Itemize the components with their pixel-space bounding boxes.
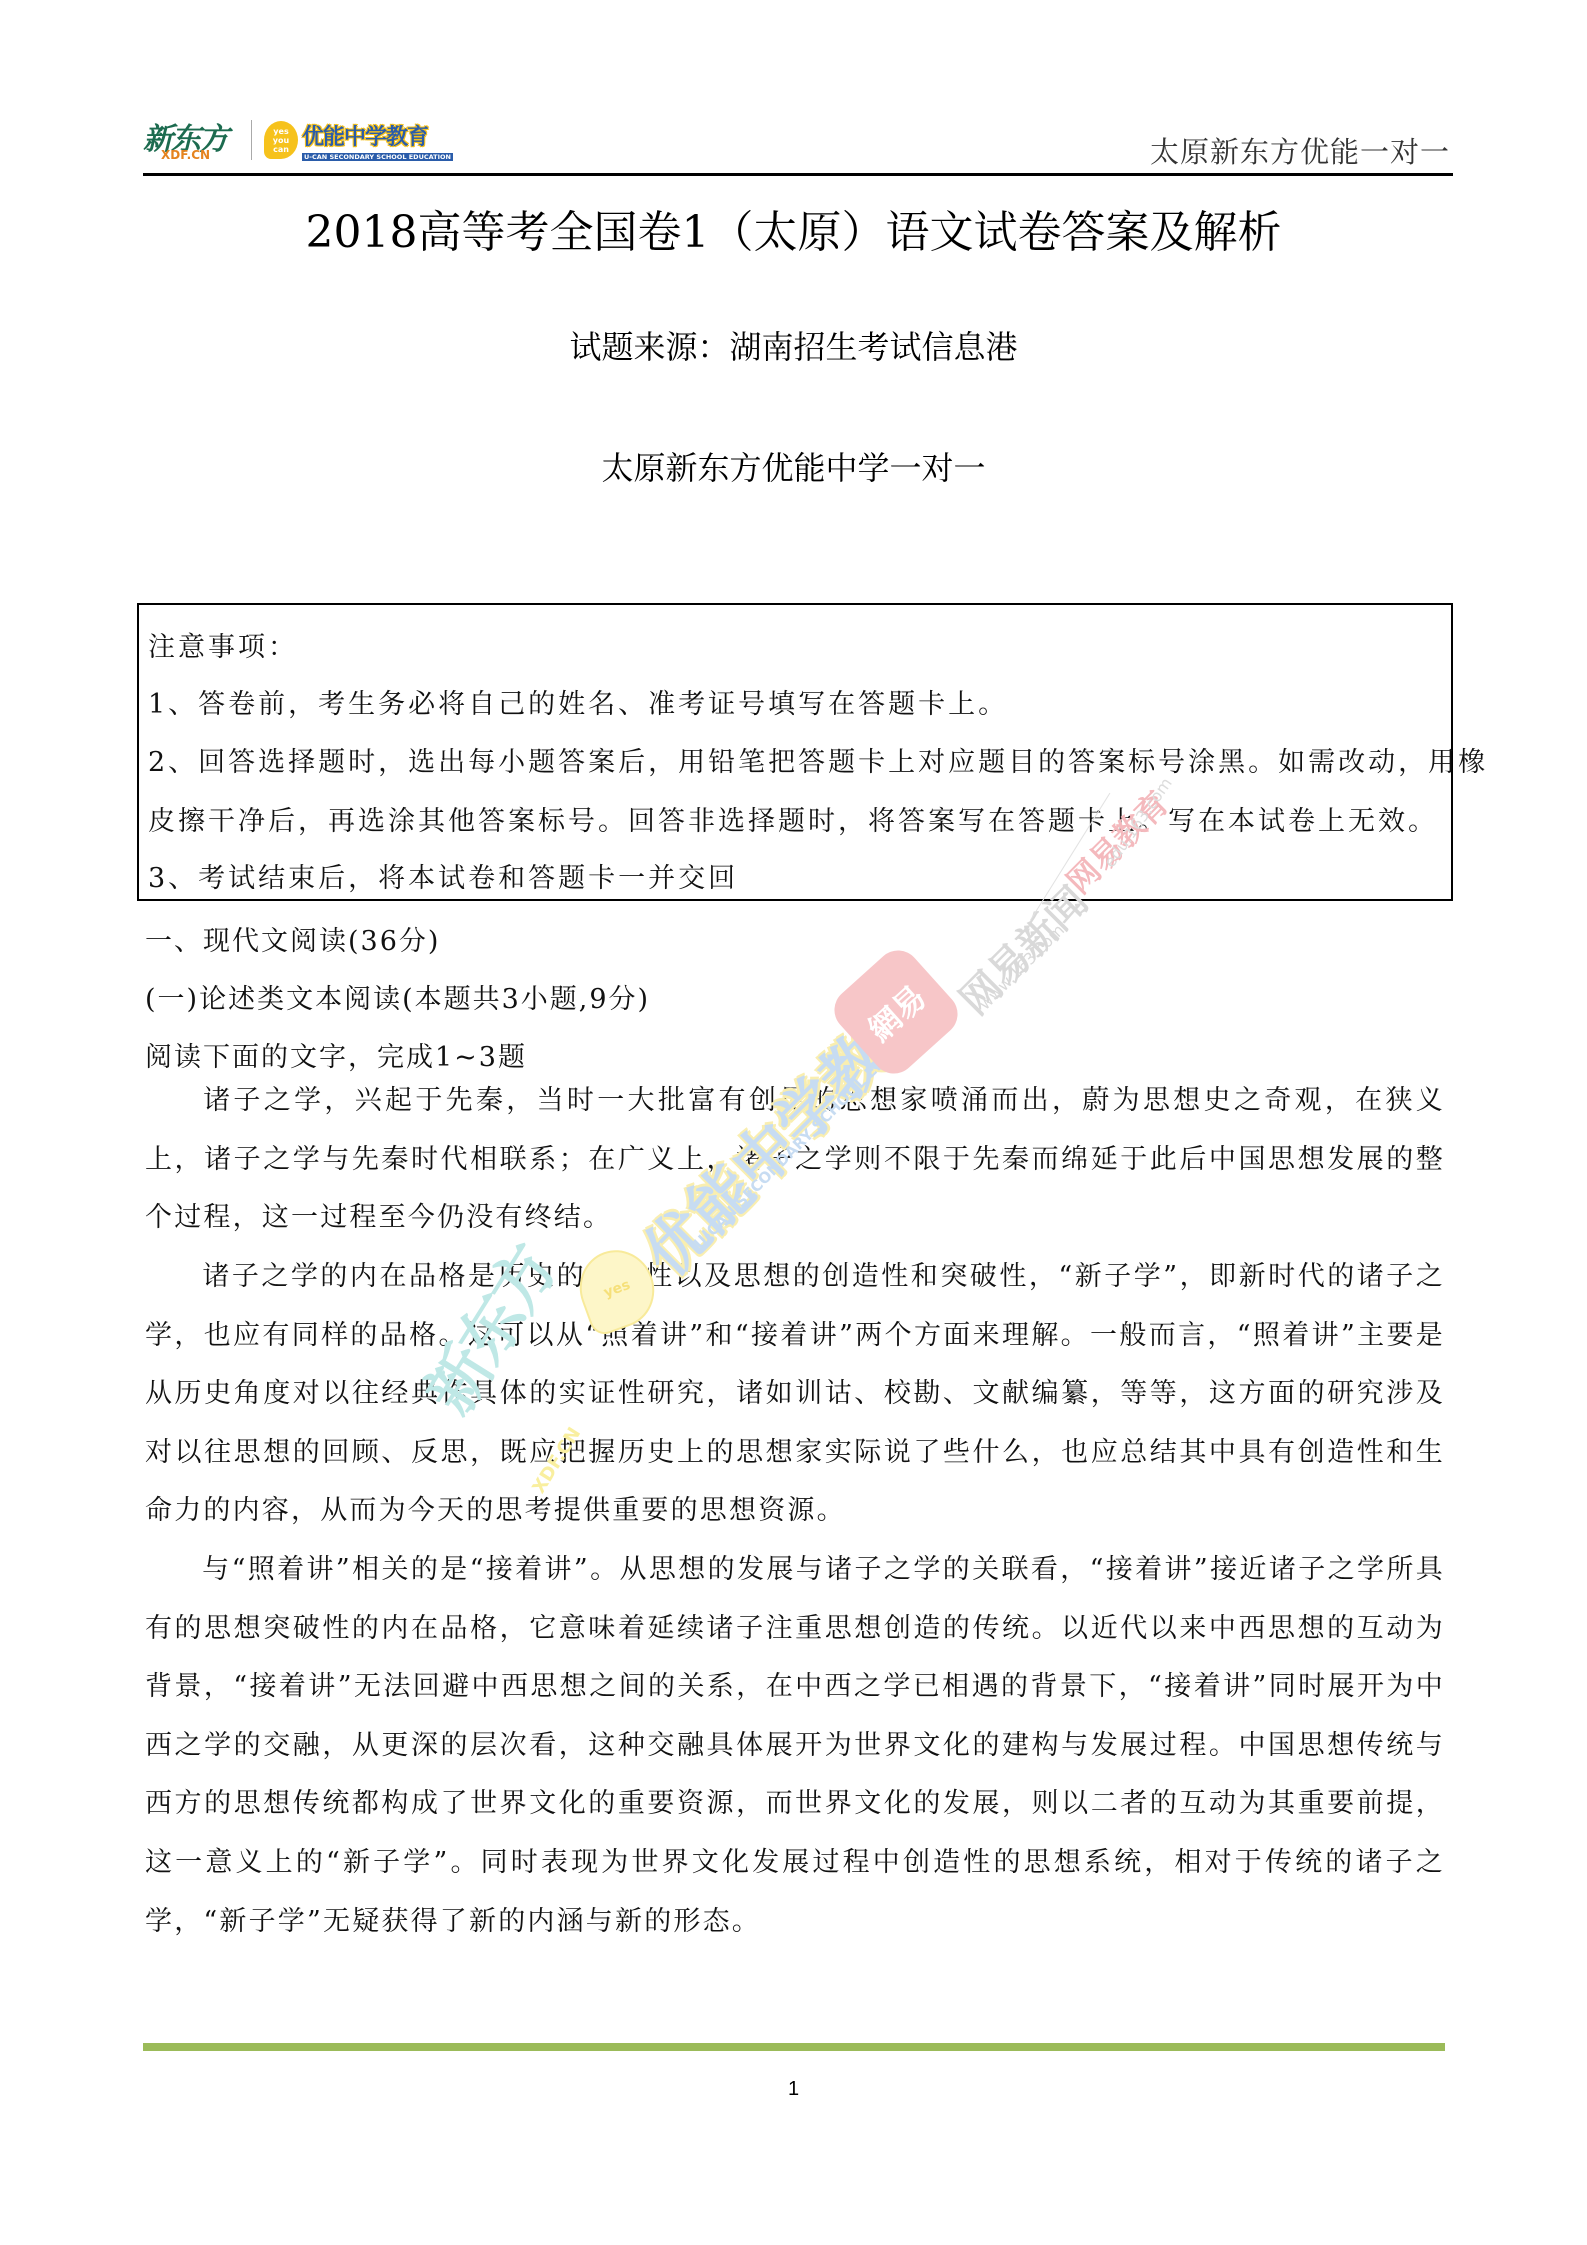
paragraph-2: 诸子之学的内在品格是历史的承继性以及思想的创造性和突破性，“新子学”，即新时代的… <box>145 1248 1445 1541</box>
source-line: 试题来源：湖南招生考试信息港 <box>0 322 1587 368</box>
xdf-logo-url: XDF.CN <box>161 148 210 162</box>
netease-url-watermark: www.163.com <box>975 920 1068 1013</box>
page-number: 1 <box>0 2078 1587 2101</box>
notice-line: 2、回答选择题时，选出每小题答案后，用铅笔把答题卡上对应题目的答案标号涂黑。如需… <box>148 748 1488 778</box>
notice-line: 皮擦干净后，再选涂其他答案标号。回答非选择题时，将答案写在答题卡上。写在本试卷上… <box>148 807 1438 837</box>
notice-heading: 注意事项： <box>148 633 298 663</box>
netease-logo-watermark-icon: 網易 <box>825 941 966 1082</box>
notice-line: 1、答卷前，考生务必将自己的姓名、准考证号填写在答题卡上。 <box>148 690 1008 720</box>
reading-instruction: 阅读下面的文字，完成1~3题 <box>145 1043 527 1073</box>
logo-separator <box>251 120 252 160</box>
xdf-logo: 新东方 XDF.CN <box>143 112 243 168</box>
ucan-logo: 优能中学教育 U-CAN SECONDARY SCHOOL EDUCATION <box>302 120 453 161</box>
netease-logo-text: 網易 <box>857 973 935 1050</box>
paragraph-1: 诸子之学，兴起于先秦，当时一大批富有创见的思想家喷涌而出，蔚为思想史之奇观，在狭… <box>145 1072 1445 1248</box>
paragraph-text: 诸子之学，兴起于先秦，当时一大批富有创见的思想家喷涌而出，蔚为思想史之奇观，在狭… <box>145 1085 1445 1233</box>
footer-divider <box>143 2043 1445 2051</box>
section-heading: 一、现代文阅读(36分) <box>145 927 440 957</box>
ucan-logo-text: 优能中学教育 <box>302 120 453 151</box>
document-title: 2018高等考全国卷1（太原）语文试卷答案及解析 <box>0 196 1587 260</box>
paragraph-3: 与“照着讲”相关的是“接着讲”。从思想的发展与诸子之学的关联看，“接着讲”接近诸… <box>145 1541 1445 1951</box>
header-logo: 新东方 XDF.CN yes you can 优能中学教育 U-CAN SECO… <box>143 112 453 168</box>
header-org-name: 太原新东方优能一对一 <box>1150 130 1450 171</box>
notice-box: 注意事项： 1、答卷前，考生务必将自己的姓名、准考证号填写在答题卡上。 2、回答… <box>137 603 1453 901</box>
ucan-badge-icon: yes you can <box>264 121 298 159</box>
org-line: 太原新东方优能中学一对一 <box>0 443 1587 489</box>
section-subheading: (一)论述类文本阅读(本题共3小题,9分) <box>145 985 650 1015</box>
paragraph-text: 诸子之学的内在品格是历史的承继性以及思想的创造性和突破性，“新子学”，即新时代的… <box>145 1261 1445 1526</box>
paragraph-text: 与“照着讲”相关的是“接着讲”。从思想的发展与诸子之学的关联看，“接着讲”接近诸… <box>145 1554 1445 1937</box>
header-divider <box>143 173 1453 176</box>
notice-line: 3、考试结束后，将本试卷和答题卡一并交回 <box>148 864 738 894</box>
ucan-logo-en: U-CAN SECONDARY SCHOOL EDUCATION <box>302 153 453 161</box>
